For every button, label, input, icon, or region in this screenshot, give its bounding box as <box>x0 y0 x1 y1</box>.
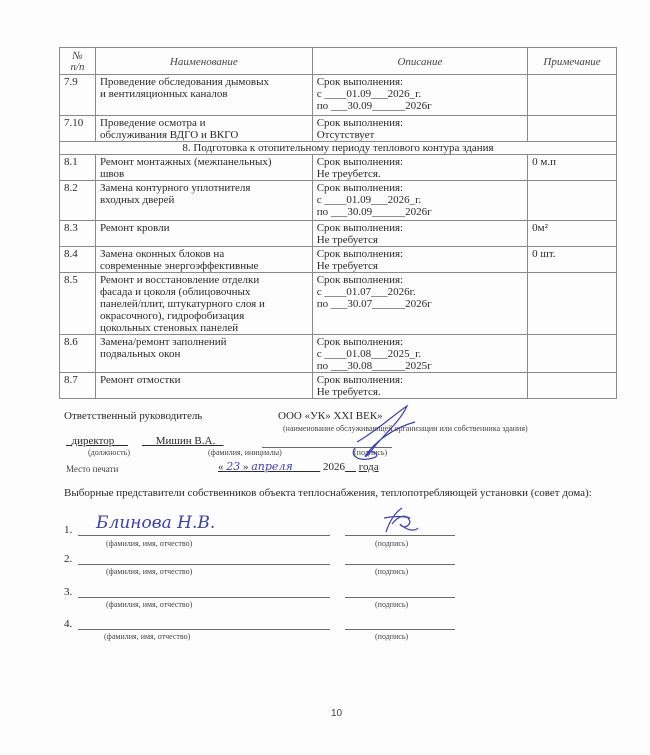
desc-line: Срок выполнения: <box>317 76 523 88</box>
rep-2-sign-caption: (подпись) <box>375 567 408 576</box>
table-row: 8.1 Ремонт монтажных (межпанельных) швов… <box>60 155 617 181</box>
row-note <box>528 181 617 221</box>
table-row: 7.9 Проведение обследования дымовых и ве… <box>60 75 617 116</box>
desc-line: Отсутствует <box>317 129 523 141</box>
row-description: Срок выполнения: Не требуется <box>312 221 527 247</box>
row-note <box>528 335 617 373</box>
name-line: швов <box>100 168 308 180</box>
stamp-label: Место печати <box>66 464 118 474</box>
header-name: Наименование <box>95 48 312 75</box>
name-line: Замена/ремонт заполнений <box>100 336 308 348</box>
desc-line: Срок выполнения: <box>317 336 523 348</box>
name-line: Ремонт отмостки <box>100 374 308 386</box>
quote-close: » <box>243 461 249 473</box>
row-description: Срок выполнения: Не требуется. <box>312 373 527 399</box>
row-name: Ремонт и восстановление отделки фасада и… <box>95 273 312 335</box>
row-number: 7.10 <box>60 116 96 142</box>
date-day: 23 <box>226 460 240 473</box>
name-line: Проведение обследования дымовых <box>100 76 308 88</box>
rep-1-signature-icon <box>380 506 420 536</box>
header-number-line2: п/п <box>64 62 91 73</box>
row-note: 0м² <box>528 221 617 247</box>
rep-2-name-caption: (фамилия, имя, отчество) <box>106 567 192 576</box>
name-line: обслуживания ВДГО и ВКГО <box>100 129 308 141</box>
desc-line: Срок выполнения: <box>317 117 523 129</box>
position-value: директор <box>66 435 128 447</box>
page-number: 10 <box>331 708 342 719</box>
table-row: 8.4 Замена оконных блоков на современные… <box>60 247 617 273</box>
document-date: « 23 » апреля 2026 года <box>218 460 379 473</box>
name-line: Проведение осмотра и <box>100 117 308 129</box>
row-number: 8.4 <box>60 247 96 273</box>
rep-2-number: 2. <box>64 553 72 565</box>
desc-line: с ____01.07___2026г. <box>317 286 523 298</box>
date-year: 2026 <box>323 461 345 473</box>
row-number: 7.9 <box>60 75 96 116</box>
person-caption: (фамилия, инициалы) <box>208 448 282 457</box>
desc-line: по ___30.07______2026г <box>317 298 523 310</box>
row-note <box>528 75 617 116</box>
header-number-line1: № <box>64 51 91 62</box>
work-plan-table: № п/п Наименование Описание Примечание 7… <box>59 47 617 399</box>
row-description: Срок выполнения: с ____01.09___2026_г. п… <box>312 181 527 221</box>
name-line: цокольных стеновых панелей <box>100 322 308 334</box>
name-line: панелей/плит, штукатурного слоя и <box>100 298 308 310</box>
quote-open: « <box>218 461 224 473</box>
rep-3-name-line <box>78 597 330 598</box>
table-row: 7.10 Проведение осмотра и обслуживания В… <box>60 116 617 142</box>
row-name: Ремонт кровли <box>95 221 312 247</box>
desc-line: с ____01.08___2025_г. <box>317 348 523 360</box>
name-line: Ремонт кровли <box>100 222 308 234</box>
row-number: 8.6 <box>60 335 96 373</box>
table-row: 8.2 Замена контурного уплотнителя входны… <box>60 181 617 221</box>
date-month: апреля <box>251 460 292 473</box>
rep-4-name-caption: (фамилия, имя, отчество) <box>104 632 190 641</box>
name-line: окрасочного), гидрофобизация <box>100 310 308 322</box>
row-description: Срок выполнения: Отсутствует <box>312 116 527 142</box>
row-description: Срок выполнения: с ____01.09___2026_г. п… <box>312 75 527 116</box>
representatives-intro: Выборные представители собственников объ… <box>64 487 618 499</box>
row-name: Проведение обследования дымовых и вентил… <box>95 75 312 116</box>
rep-4-number: 4. <box>64 618 72 630</box>
desc-line: по ___30.09______2026г <box>317 206 523 218</box>
desc-line: Срок выполнения: <box>317 156 523 168</box>
row-note: 0 м.п <box>528 155 617 181</box>
section-row: 8. Подготовка к отопительному периоду те… <box>60 142 617 155</box>
document-page: № п/п Наименование Описание Примечание 7… <box>0 0 650 755</box>
rep-4-sign-caption: (подпись) <box>375 632 408 641</box>
name-line: Замена оконных блоков на <box>100 248 308 260</box>
name-line: современные энергоэффективные <box>100 260 308 272</box>
name-line: входных дверей <box>100 194 308 206</box>
desc-line: Не требуется. <box>317 386 523 398</box>
header-note: Примечание <box>528 48 617 75</box>
row-number: 8.3 <box>60 221 96 247</box>
row-description: Срок выполнения: с ____01.07___2026г. по… <box>312 273 527 335</box>
rep-2-sign-line <box>345 564 455 565</box>
name-line: подвальных окон <box>100 348 308 360</box>
position-caption: (должность) <box>88 448 130 457</box>
date-suffix: года <box>359 461 379 473</box>
date-day-field: « 23 » апреля <box>218 461 320 473</box>
rep-3-name-caption: (фамилия, имя, отчество) <box>106 600 192 609</box>
person-value: Мишин В.А. <box>142 435 223 447</box>
desc-line: по ___30.08______2025г <box>317 360 523 372</box>
row-number: 8.2 <box>60 181 96 221</box>
desc-line: с ____01.09___2026_г. <box>317 88 523 100</box>
table-row: 8.3 Ремонт кровли Срок выполнения: Не тр… <box>60 221 617 247</box>
rep-3-number: 3. <box>64 586 72 598</box>
rep-3-sign-line <box>345 597 455 598</box>
rep-1-number: 1. <box>64 524 72 536</box>
row-number: 8.7 <box>60 373 96 399</box>
row-note <box>528 273 617 335</box>
name-line: и вентиляционных каналов <box>100 88 308 100</box>
desc-line: Срок выполнения: <box>317 374 523 386</box>
row-name: Замена/ремонт заполнений подвальных окон <box>95 335 312 373</box>
rep-2-name-line <box>78 564 330 565</box>
row-note <box>528 373 617 399</box>
director-signature-icon <box>345 402 425 464</box>
row-name: Ремонт монтажных (межпанельных) швов <box>95 155 312 181</box>
desc-line: по ___30.09______2026г <box>317 100 523 112</box>
row-description: Срок выполнения: Не требуется <box>312 247 527 273</box>
row-description: Срок выполнения: Не треубется. <box>312 155 527 181</box>
row-name: Замена контурного уплотнителя входных дв… <box>95 181 312 221</box>
row-note <box>528 116 617 142</box>
header-number: № п/п <box>60 48 96 75</box>
desc-line: Не треубется. <box>317 168 523 180</box>
name-line: Ремонт монтажных (межпанельных) <box>100 156 308 168</box>
name-line: Замена контурного уплотнителя <box>100 182 308 194</box>
rep-4-sign-line <box>345 629 455 630</box>
desc-line: Срок выполнения: <box>317 182 523 194</box>
desc-line: Не требуется <box>317 234 523 246</box>
row-name: Проведение осмотра и обслуживания ВДГО и… <box>95 116 312 142</box>
person-text: Мишин В.А. <box>156 435 215 447</box>
row-description: Срок выполнения: с ____01.08___2025_г. п… <box>312 335 527 373</box>
rep-1-name-line <box>78 535 330 536</box>
row-number: 8.5 <box>60 273 96 335</box>
rep-3-sign-caption: (подпись) <box>375 600 408 609</box>
row-note: 0 шт. <box>528 247 617 273</box>
section-title: 8. Подготовка к отопительному периоду те… <box>60 142 617 155</box>
desc-line: Срок выполнения: <box>317 248 523 260</box>
table-row: 8.5 Ремонт и восстановление отделки фаса… <box>60 273 617 335</box>
date-underline <box>345 461 356 473</box>
row-number: 8.1 <box>60 155 96 181</box>
desc-line: Срок выполнения: <box>317 222 523 234</box>
position-text: директор <box>72 435 115 447</box>
name-line: фасада и цоколя (облицовочных <box>100 286 308 298</box>
row-name: Ремонт отмостки <box>95 373 312 399</box>
header-description: Описание <box>312 48 527 75</box>
rep-1-name-caption: (фамилия, имя, отчество) <box>106 539 192 548</box>
rep-1-sign-caption: (подпись) <box>375 539 408 548</box>
table-row: 8.6 Замена/ремонт заполнений подвальных … <box>60 335 617 373</box>
table-header-row: № п/п Наименование Описание Примечание <box>60 48 617 75</box>
desc-line: с ____01.09___2026_г. <box>317 194 523 206</box>
name-line: Ремонт и восстановление отделки <box>100 274 308 286</box>
table-row: 8.7 Ремонт отмостки Срок выполнения: Не … <box>60 373 617 399</box>
desc-line: Не требуется <box>317 260 523 272</box>
desc-line: Срок выполнения: <box>317 274 523 286</box>
row-name: Замена оконных блоков на современные эне… <box>95 247 312 273</box>
responsible-label: Ответственный руководитель <box>64 410 202 422</box>
rep-4-name-line <box>78 629 330 630</box>
rep-1-name-handwritten: Блинова Н.В. <box>96 513 215 533</box>
